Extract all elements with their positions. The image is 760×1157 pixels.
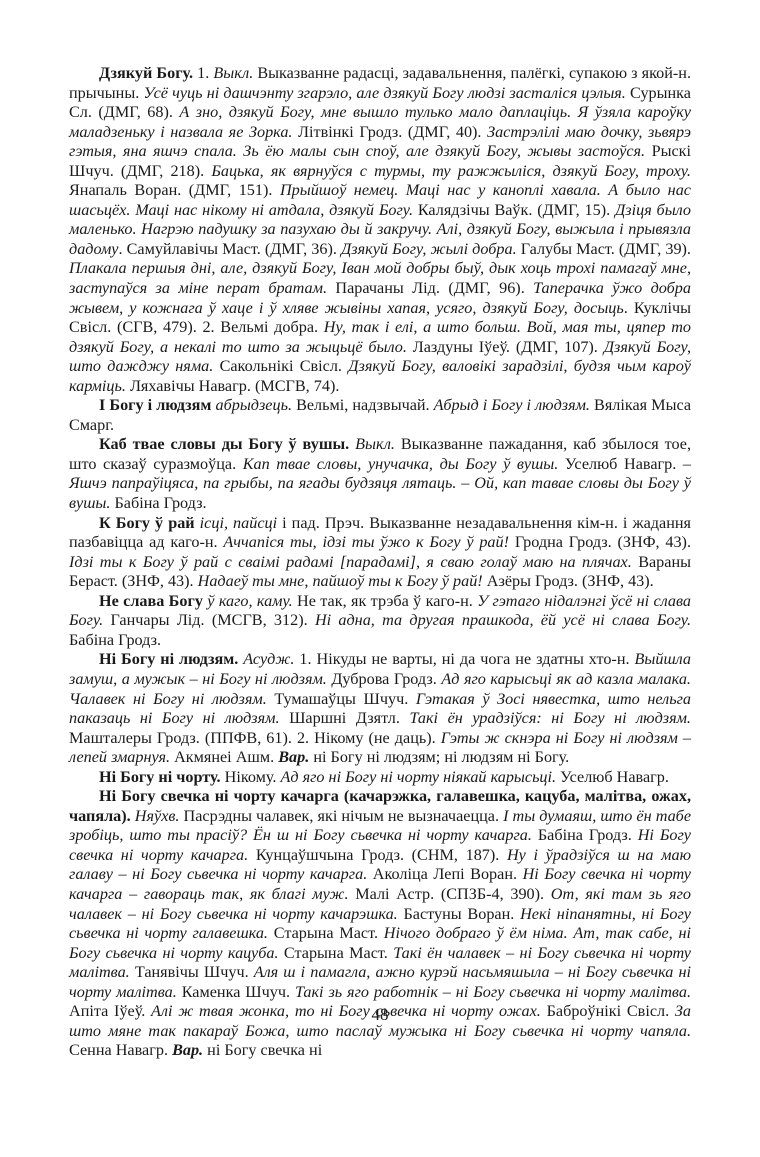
definition-text: Лаздуны Іўеў. (ДМГ, 107). [407, 338, 604, 356]
entry-body: Нікому. Ад яго ні Богу ні чорту ніякай к… [221, 768, 669, 786]
definition-text: Старына Маст. [268, 924, 384, 942]
example-text: Усё чуць ні дашчэнту згарэло, але дзякуй… [143, 84, 625, 102]
entry-i-bohu-i-liudziam: І Богу і людзям абрыдзець. Вельмі, надзв… [69, 396, 691, 435]
definition-text: Сакольнікі Свісл. [213, 357, 348, 375]
example-text: Выкл. [213, 64, 253, 82]
example-text: Ідзі ты к Богу ў рай с сваімі радамі [па… [69, 553, 632, 571]
definition-text: 1. [193, 64, 213, 82]
entry-kab-tvaje-slovy: Каб твае словы ды Богу ў вушы. Выкл. Вык… [69, 435, 691, 513]
entry-k-bohu-u-raj: К Богу ў рай ісці, пайсці і пад. Прэч. В… [69, 514, 691, 592]
definition-text: Шаршні Дзятл. [280, 709, 410, 727]
example-text: Аччапіся ты, ідзі ты ўжо к Богу ў рай! [223, 533, 509, 551]
definition-text: Галубы Маст. (ДМГ, 39). [517, 240, 691, 258]
definition-text: Калядзічы Ваўк. (ДМГ, 15). [413, 201, 615, 219]
definition-text: Каменка Шчуч. [177, 983, 295, 1001]
definition-text: ні Богу свечка ні [203, 1041, 322, 1059]
definition-text: Бабіна Гродз. [69, 631, 161, 649]
definition-text: Танявічы Шчуч. [130, 963, 254, 981]
entry-dziakuj-bohu: Дзякуй Богу. 1. Выкл. Выказванне радасці… [69, 64, 691, 396]
entry-headword: Ні Богу ні чорту. [99, 768, 221, 786]
example-text: Няўхв. [135, 807, 180, 825]
entry-headword: Не слава Богу [99, 592, 203, 610]
definition-text: Аколіца Лепі Воран. [367, 865, 522, 883]
example-text: Такі зь яго работнік – ні Богу сьвечка н… [295, 983, 691, 1001]
definition-text: Не так, як трэба ў каго-н. [293, 592, 478, 610]
page-number: 48 [0, 1005, 760, 1025]
entry-ni-bohu-ni-liudziam: Ні Богу ні людзям. Асудж. 1. Нікуды не в… [69, 650, 691, 767]
definition-text: Бабіна Гродз. [532, 826, 638, 844]
definition-text: Уселюб Навагр. – [558, 455, 691, 473]
entry-headword: І Богу і людзям [99, 396, 211, 414]
example-text: Выкл. [355, 435, 395, 453]
definition-text: Старына Маст. [279, 944, 394, 962]
example-text: Ні адна, та другая прашкода, ёй усё ні с… [315, 611, 691, 629]
dictionary-page: Дзякуй Богу. 1. Выкл. Выказванне радасці… [69, 64, 691, 1061]
example-text: Абрыд і Богу і людзям. [434, 396, 590, 414]
definition-text: Пасрэдны чалавек, які нічым не вызначаец… [179, 807, 503, 825]
definition-text: Ляхавічы Навагр. (МСГВ, 74). [126, 377, 340, 395]
entry-ne-slava-bohu: Не слава Богу ў каго, каму. Не так, як т… [69, 592, 691, 651]
example-text: Ад яго ні Богу ні чорту ніякай карысьці. [280, 768, 556, 786]
definition-text: Уселюб Навагр. [556, 768, 669, 786]
example-text: ў каго, каму. [207, 592, 292, 610]
definition-text: 1. Нікуды не варты, ні да чога не здатны… [294, 650, 634, 668]
example-text: Асудж. [243, 650, 294, 668]
definition-text: Акмянеі Ашм. [170, 748, 278, 766]
example-text: Кап твае словы, унучачка, ды Богу ў вушы… [243, 455, 559, 473]
example-text: Такі ён урадзіўся: ні Богу ні людзям. [409, 709, 691, 727]
example-text: Надаеў ты мне, пайшоў ты к Богу ў рай! [198, 572, 483, 590]
definition-text: Малі Астр. (СПЗБ-4, 390). [349, 885, 551, 903]
definition-text: Парачаны Лід. (ДМГ, 96). [327, 279, 533, 297]
definition-text: Азёры Гродз. (ЗНФ, 43). [483, 572, 654, 590]
definition-text: . Самуйлавічы Маст. (ДМГ, 36). [118, 240, 341, 258]
entry-ni-bohu-ni-chortu: Ні Богу ні чорту. Нікому. Ад яго ні Богу… [69, 768, 691, 788]
variant-label: Вар. [172, 1041, 203, 1059]
definition-text: Літвінкі Гродз. (ДМГ, 40). [292, 123, 487, 141]
example-text: Дзякуй Богу, жылі добра. [341, 240, 517, 258]
definition-text: Янапаль Воран. (ДМГ, 151). [69, 181, 280, 199]
example-text: абрыдзець. [216, 396, 293, 414]
definition-text: Сенна Навагр. [69, 1041, 172, 1059]
definition-text: Тумашаўцы Шчуч. [267, 690, 416, 708]
definition-text: Машталеры Гродз. (ППФВ, 61). 2. Нікому (… [69, 729, 441, 747]
example-text: Бацька, як вярнуўся с турмы, ту ражжыліс… [211, 162, 691, 180]
definition-text: Ганчары Лід. (МСГВ, 312). [103, 611, 315, 629]
example-text: ісці, пайсці [200, 514, 277, 532]
definition-text: Бастуны Воран. [398, 905, 520, 923]
entry-headword: Ні Богу ні людзям. [99, 650, 238, 668]
definition-text: Гродна Гродз. (ЗНФ, 43). [509, 533, 691, 551]
definition-text: ні Богу ні людзям; ні людзям ні Богу. [309, 748, 569, 766]
entry-headword: Каб твае словы ды Богу ў вушы. [99, 435, 349, 453]
variant-label: Вар. [278, 748, 309, 766]
entry-headword: Дзякуй Богу. [99, 64, 193, 82]
definition-text: Дуброва Гродз. [327, 670, 441, 688]
entry-headword: К Богу ў рай [99, 514, 195, 532]
definition-text: Кунцаўшчына Гродз. (СНМ, 187). [248, 846, 507, 864]
definition-text: Вельмі, надзвычай. [292, 396, 434, 414]
definition-text: Нікому. [221, 768, 281, 786]
definition-text: Бабіна Гродз. [110, 494, 206, 512]
entry-body: 1. Выкл. Выказванне радасці, задавальнен… [69, 64, 691, 395]
